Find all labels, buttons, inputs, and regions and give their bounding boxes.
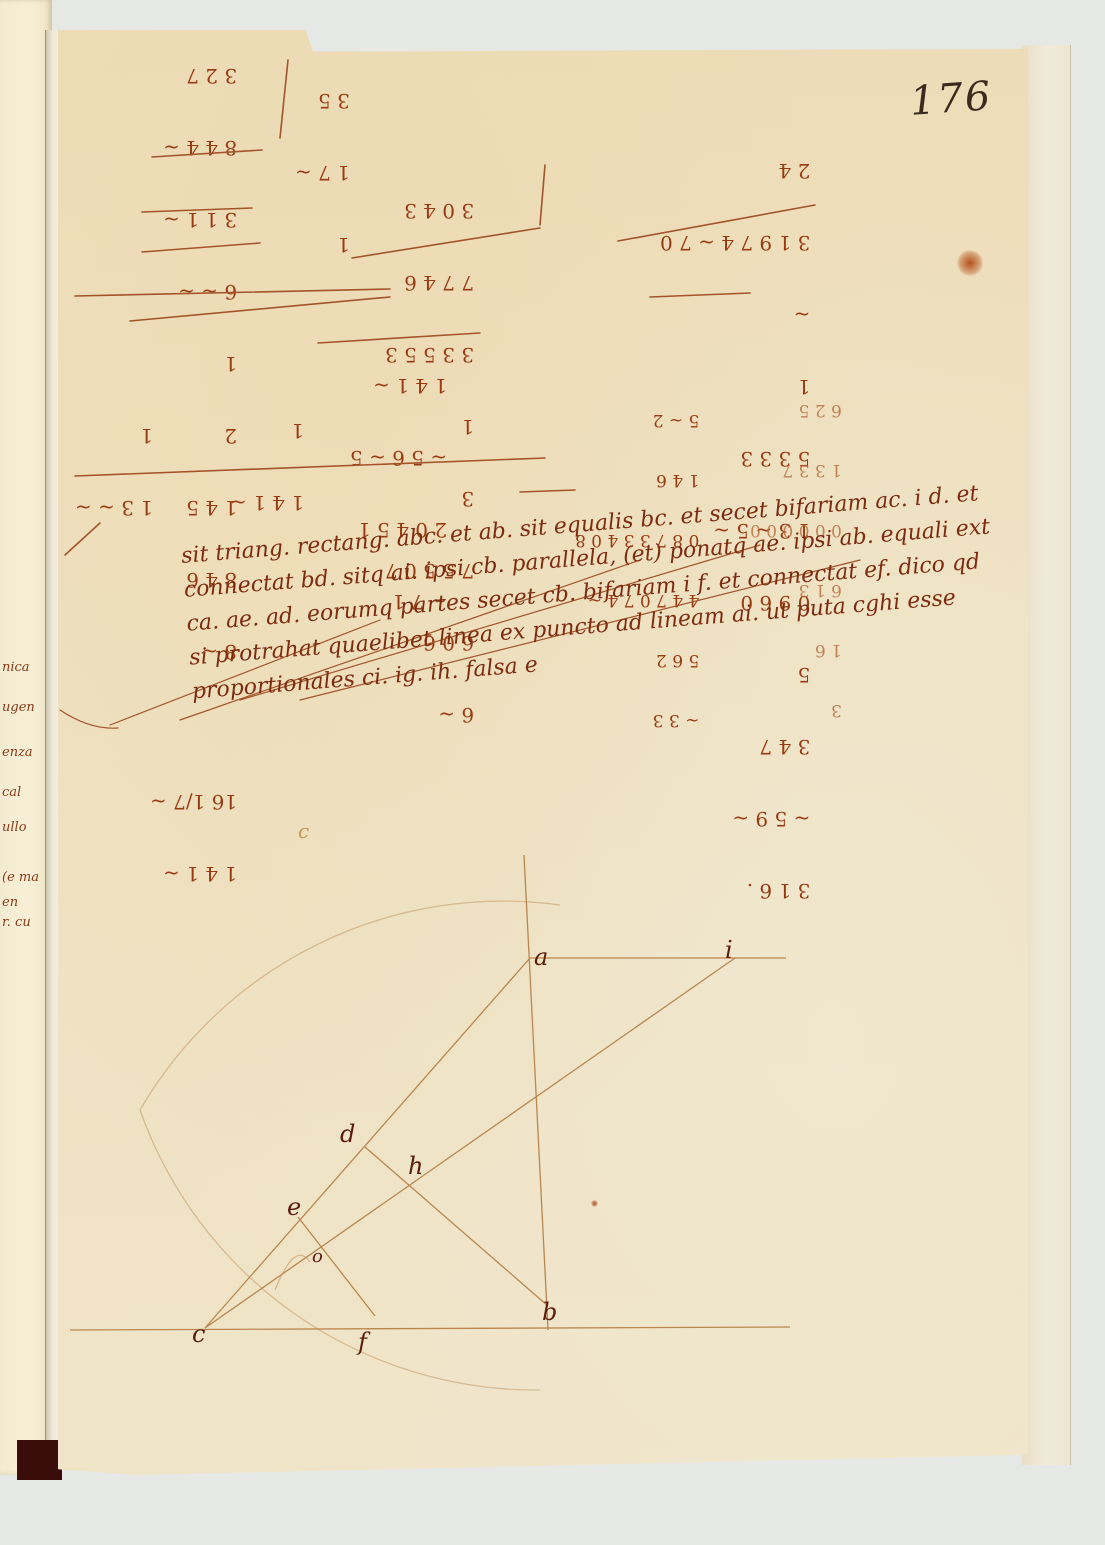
diagram-labels: a i d h e o c f b c (192, 819, 733, 1356)
corner-mark: c (298, 819, 309, 843)
point-label-o: o (312, 1246, 323, 1267)
ink-lines-layer: a i d h e o c f b c (0, 0, 1105, 1545)
point-label-f: f (356, 1328, 371, 1356)
point-label-e: e (287, 1193, 301, 1221)
point-label-a: a (534, 943, 548, 971)
point-label-b: b (542, 1298, 557, 1326)
point-label-c: c (192, 1320, 205, 1348)
point-label-h: h (408, 1152, 423, 1180)
point-label-d: d (340, 1120, 355, 1148)
point-label-i: i (725, 936, 733, 964)
